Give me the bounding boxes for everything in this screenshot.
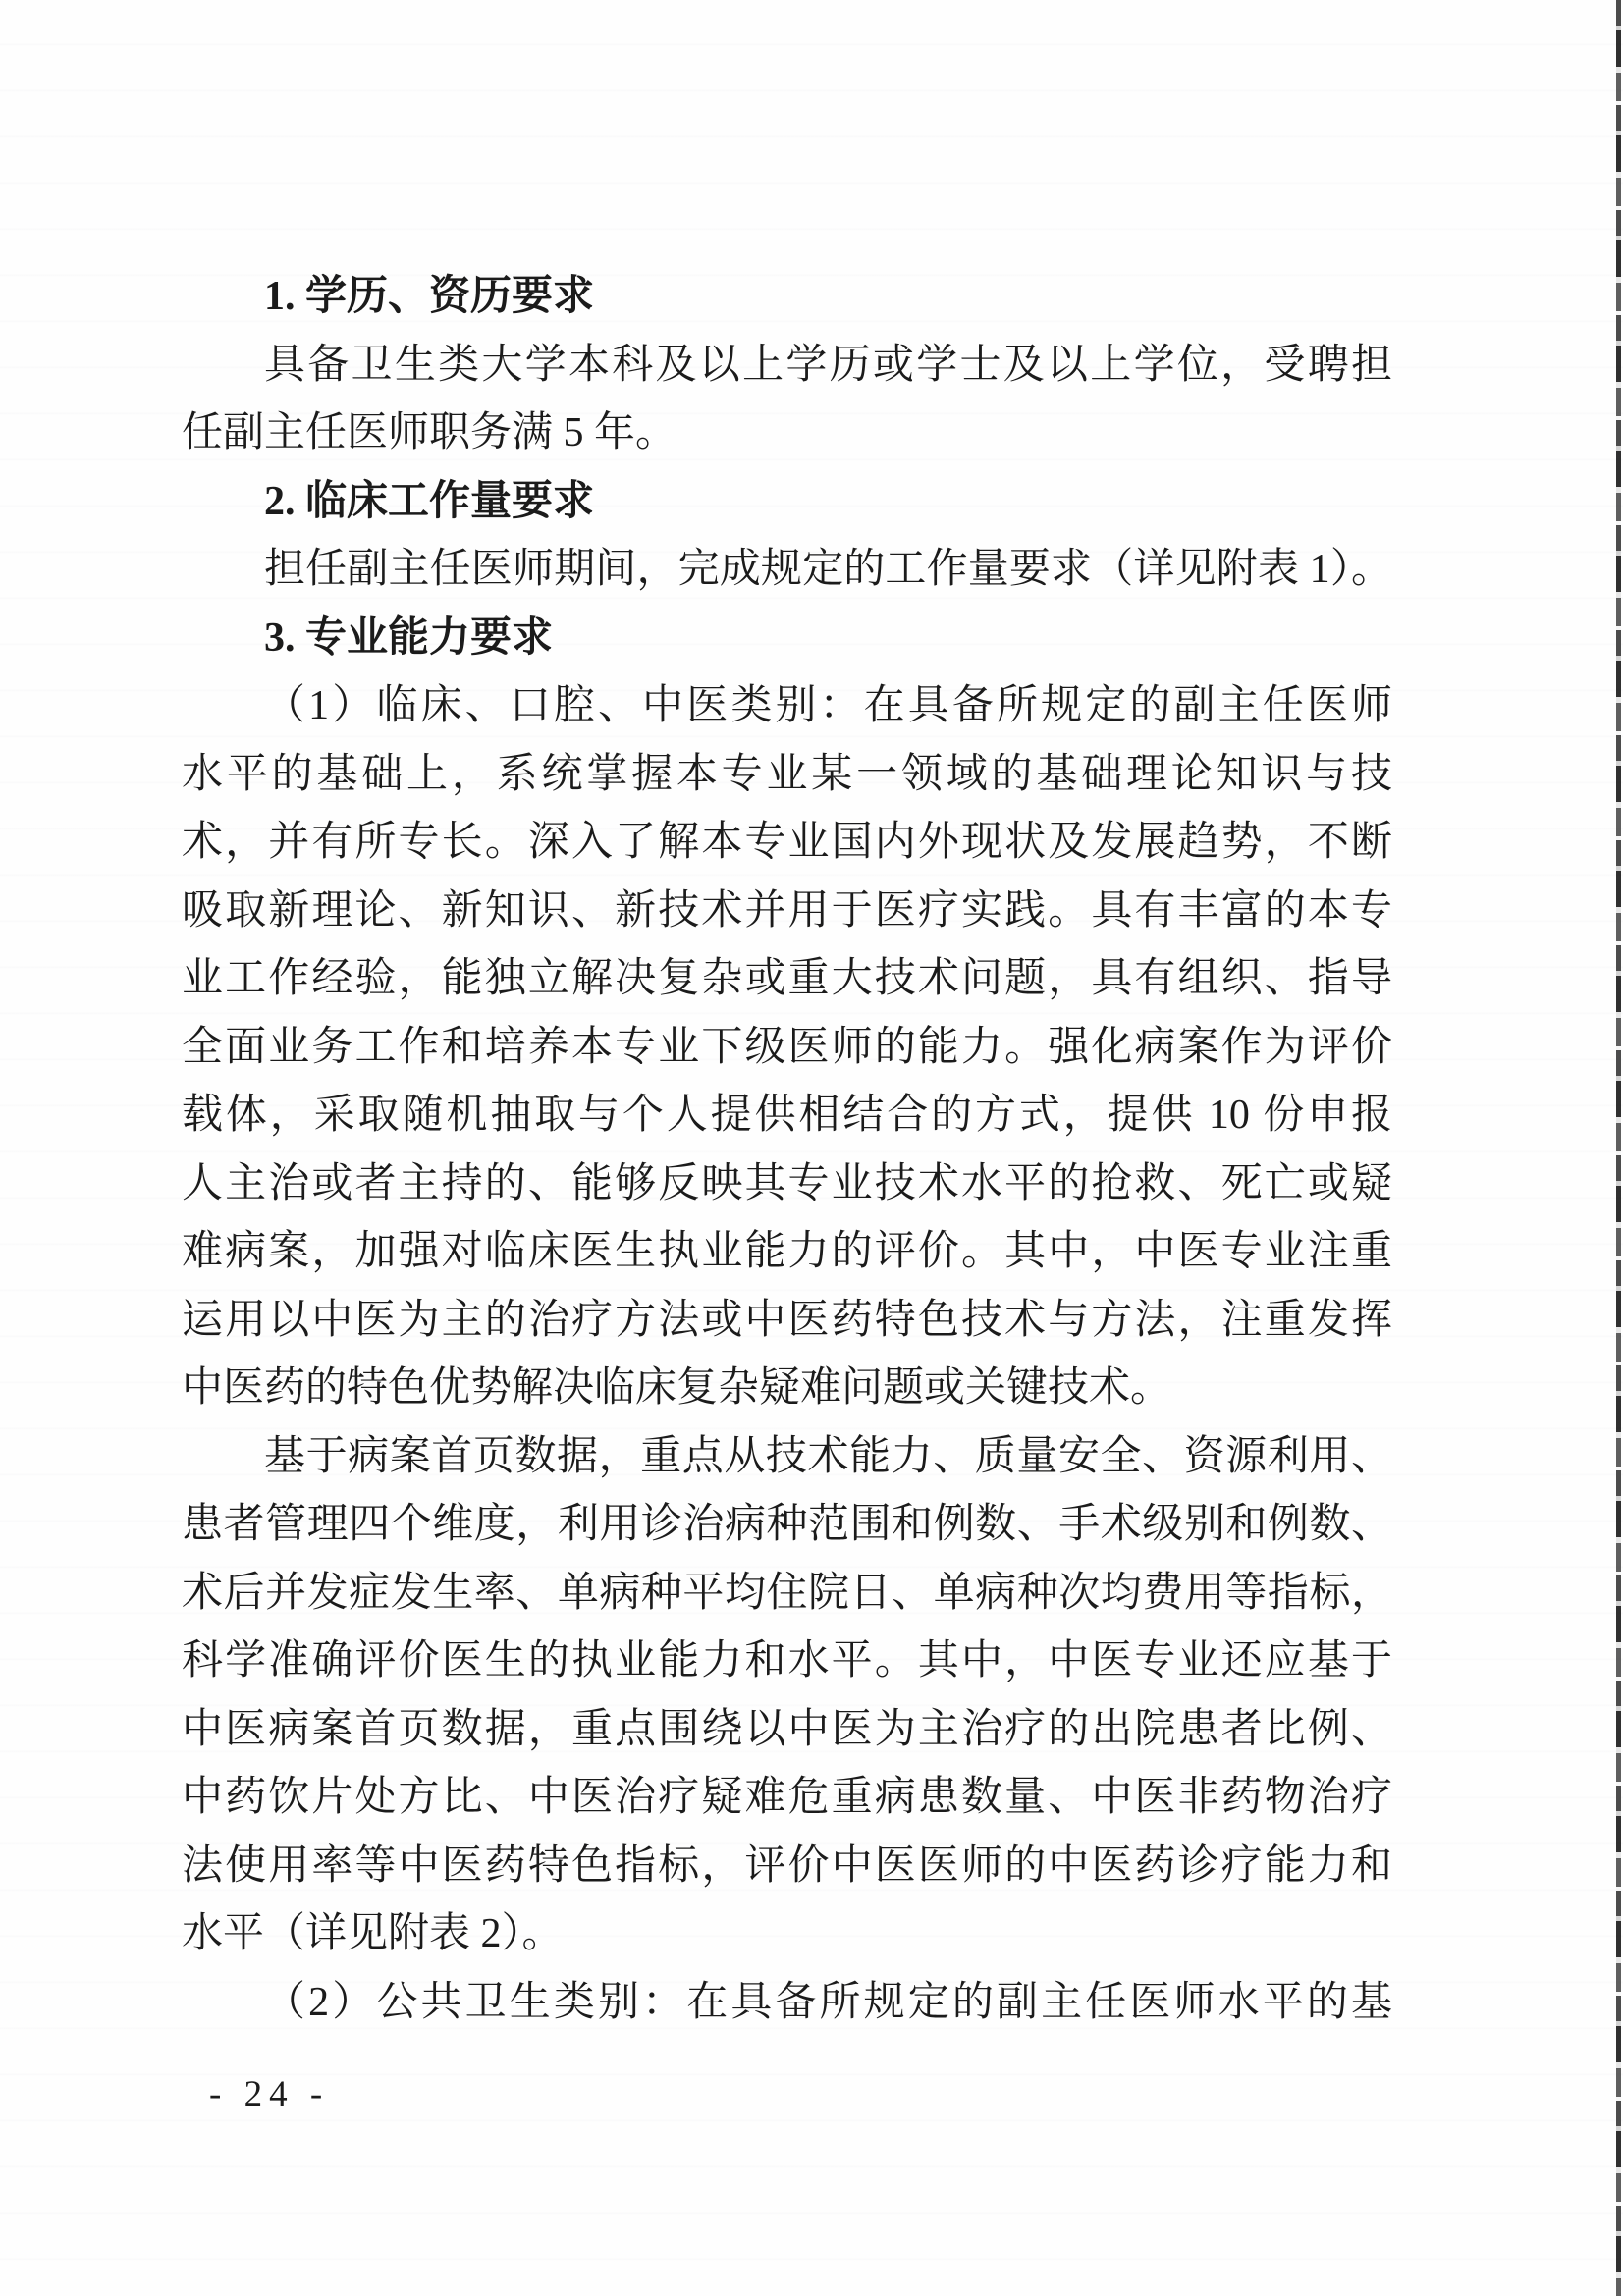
text-line: （2）公共卫生类别：在具备所规定的副主任医师水平的基 xyxy=(182,1969,1392,2038)
text-line: 术后并发症发生率、单病种平均住院日、单病种次均费用等指标， xyxy=(182,1560,1392,1629)
text-line: 吸取新理论、新知识、新技术并用于医疗实践。具有丰富的本专 xyxy=(182,878,1392,946)
text-line: 法使用率等中医药特色指标，评价中医医师的中医药诊疗能力和 xyxy=(182,1833,1392,1901)
text-line: 2. 临床工作量要求 xyxy=(182,468,1392,537)
text-line: 水平的基础上，系统掌握本专业某一领域的基础理论知识与技 xyxy=(182,741,1392,810)
text-line: 3. 专业能力要求 xyxy=(182,605,1392,673)
text-line: 载体，采取随机抽取与个人提供相结合的方式，提供 10 份申报 xyxy=(182,1082,1392,1150)
text-line: 人主治或者主持的、能够反映其专业技术水平的抢救、死亡或疑 xyxy=(182,1150,1392,1219)
text-line: 术，并有所专长。深入了解本专业国内外现状及发展趋势，不断 xyxy=(182,809,1392,878)
text-line: 中药饮片处方比、中医治疗疑难危重病患数量、中医非药物治疗 xyxy=(182,1764,1392,1833)
page-number: - 24 - xyxy=(209,2073,329,2115)
text-line: 患者管理四个维度，利用诊治病种范围和例数、手术级别和例数、 xyxy=(182,1491,1392,1560)
text-line: 运用以中医为主的治疗方法或中医药特色技术与方法，注重发挥 xyxy=(182,1287,1392,1356)
text-line: （1）临床、口腔、中医类别：在具备所规定的副主任医师 xyxy=(182,672,1392,741)
document-page: 1. 学历、资历要求具备卫生类大学本科及以上学历或学士及以上学位，受聘担任副主任… xyxy=(0,0,1623,2296)
text-line: 基于病案首页数据，重点从技术能力、质量安全、资源利用、 xyxy=(182,1423,1392,1492)
text-line: 中医病案首页数据，重点围绕以中医为主治疗的出院患者比例、 xyxy=(182,1696,1392,1765)
text-line: 科学准确评价医生的执业能力和水平。其中，中医专业还应基于 xyxy=(182,1628,1392,1696)
document-body: 1. 学历、资历要求具备卫生类大学本科及以上学历或学士及以上学位，受聘担任副主任… xyxy=(182,263,1392,2037)
text-line: 业工作经验，能独立解决复杂或重大技术问题，具有组织、指导 xyxy=(182,945,1392,1014)
scan-edge-artifact xyxy=(1616,0,1621,2296)
text-line: 中医药的特色优势解决临床复杂疑难问题或关键技术。 xyxy=(182,1355,1392,1423)
text-line: 具备卫生类大学本科及以上学历或学士及以上学位，受聘担 xyxy=(182,332,1392,400)
text-line: 难病案，加强对临床医生执业能力的评价。其中，中医专业注重 xyxy=(182,1218,1392,1287)
text-line: 担任副主任医师期间，完成规定的工作量要求（详见附表 1）。 xyxy=(182,536,1392,605)
text-line: 水平（详见附表 2）。 xyxy=(182,1900,1392,1969)
text-line: 全面业务工作和培养本专业下级医师的能力。强化病案作为评价 xyxy=(182,1014,1392,1083)
text-line: 任副主任医师职务满 5 年。 xyxy=(182,400,1392,468)
text-line: 1. 学历、资历要求 xyxy=(182,263,1392,332)
